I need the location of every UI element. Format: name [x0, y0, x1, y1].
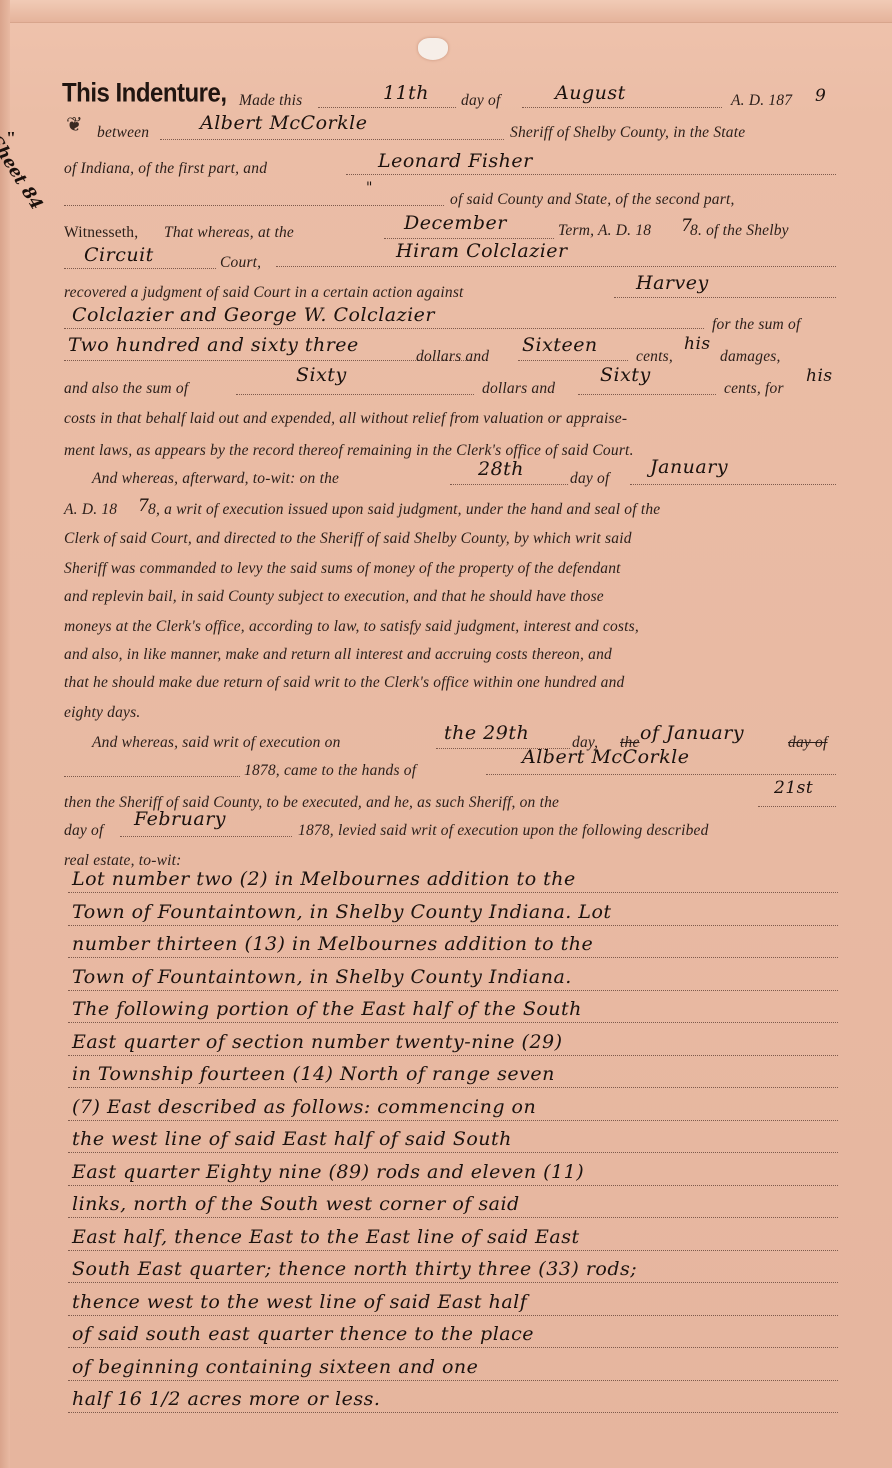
ruled-line [68, 1315, 838, 1316]
description-line: Town of Fountaintown, in Shelby County I… [72, 966, 572, 988]
printed-text: And whereas, said writ of execution on [92, 734, 341, 752]
blank-line [384, 238, 554, 239]
ruled-line [68, 1152, 838, 1153]
description-line: half 16 1/2 acres more or less. [72, 1388, 380, 1410]
printed-text: Made this [239, 92, 302, 110]
blank-line [486, 774, 836, 775]
description-line: of said south east quarter thence to the… [72, 1323, 534, 1345]
printed-text: and also, in like manner, make and retur… [64, 646, 612, 664]
ruled-line [68, 1087, 838, 1088]
handwritten-month: of January [640, 722, 744, 744]
blank-line [522, 107, 722, 108]
printed-text: That whereas, at the [164, 224, 294, 242]
description-line: The following portion of the East half o… [72, 998, 582, 1020]
document-title: This Indenture, [62, 79, 227, 110]
ruled-line [68, 1217, 838, 1218]
handwritten-day: the 29th [444, 722, 529, 744]
blank-line [518, 360, 628, 361]
ruled-line [68, 1022, 838, 1023]
ruled-line [68, 1120, 838, 1121]
printed-text: of Indiana, of the first part, and [64, 160, 267, 178]
handwritten-defendants: Colclazier and George W. Colclazier [72, 304, 435, 326]
printed-text: A. D. 187 [731, 92, 792, 110]
printed-text: Sheriff of Shelby County, in the State [510, 124, 745, 142]
handwritten-costs-cents: Sixty [600, 364, 651, 386]
paper-tear [418, 38, 448, 60]
blank-line [64, 328, 704, 329]
printed-text: eighty days. [64, 704, 140, 722]
handwritten-month: August [555, 82, 626, 104]
description-line: thence west to the west line of said Eas… [72, 1291, 527, 1313]
printed-text: day of [64, 822, 104, 840]
printed-text: Witnesseth, [64, 224, 138, 242]
description-line: in Township fourteen (14) North of range… [72, 1063, 555, 1085]
printed-text: recovered a judgment of said Court in a … [64, 284, 464, 302]
printed-text: cents, for [724, 380, 784, 398]
blank-line [614, 297, 836, 298]
page-edge [0, 0, 10, 1468]
blank-line [346, 174, 836, 175]
printed-text: costs in that behalf laid out and expend… [64, 410, 627, 428]
blank-line [758, 806, 836, 807]
description-line: Lot number two (2) in Melbournes additio… [72, 868, 576, 890]
blank-line [578, 394, 716, 395]
ornament-icon: ❦ [66, 112, 83, 137]
description-line: number thirteen (13) in Melbournes addit… [72, 933, 593, 955]
description-line: East quarter of section number twenty-ni… [72, 1031, 563, 1053]
handwritten-month: January [650, 456, 728, 478]
struck-text: day of [788, 734, 828, 752]
handwritten-costs-dollars: Sixty [296, 364, 347, 386]
printed-text: Sheriff was commanded to levy the said s… [64, 560, 621, 578]
description-line: East quarter Eighty nine (89) rods and e… [72, 1161, 584, 1183]
description-line: South East quarter; thence north thirty … [72, 1258, 637, 1280]
handwritten-month: February [134, 808, 226, 830]
printed-text: damages, [720, 348, 781, 366]
description-line: of beginning containing sixteen and one [72, 1356, 478, 1378]
printed-text: Clerk of said Court, and directed to the… [64, 530, 632, 548]
handwritten-ditto: " [366, 180, 373, 196]
document-page: " Sheet 84 This Indenture, ❦ Made this 1… [0, 0, 892, 1468]
printed-text: that he should make due return of said w… [64, 674, 625, 692]
handwritten-year-digit: 9 [815, 86, 826, 106]
top-fold [0, 0, 892, 23]
blank-line [450, 484, 568, 485]
printed-text: day of [461, 92, 501, 110]
description-line: the west line of said East half of said … [72, 1128, 512, 1150]
ruled-line [68, 990, 838, 991]
handwritten-plaintiff: Hiram Colclazier [396, 240, 568, 262]
ruled-line [68, 1250, 838, 1251]
printed-text: 8. of the Shelby [690, 222, 789, 240]
blank-line [64, 205, 444, 206]
ruled-line [68, 957, 838, 958]
printed-text: Term, A. D. 18 [558, 222, 651, 240]
description-line: Town of Fountaintown, in Shelby County I… [72, 901, 612, 923]
ruled-line [68, 1347, 838, 1348]
handwritten-amount-dollars: Two hundred and sixty three [68, 334, 359, 356]
blank-line [236, 394, 474, 395]
ruled-line [68, 1185, 838, 1186]
handwritten-sheriff-name: Albert McCorkle [522, 746, 689, 768]
printed-text: 8, a writ of execution issued upon said … [148, 501, 660, 519]
blank-line [64, 360, 476, 361]
printed-text: A. D. 18 [64, 501, 117, 519]
handwritten-defendant: Harvey [636, 272, 709, 294]
printed-text: for the sum of [712, 316, 800, 334]
handwritten-amount-cents: Sixteen [522, 334, 598, 356]
printed-text: dollars and [482, 380, 555, 398]
ruled-line [68, 1282, 838, 1283]
printed-text: between [97, 124, 149, 142]
description-line: East half, thence East to the East line … [72, 1226, 580, 1248]
blank-line [276, 266, 836, 267]
printed-text: dollars and [416, 348, 489, 366]
blank-line [64, 268, 216, 269]
printed-text: and also the sum of [64, 380, 188, 398]
ruled-line [68, 1055, 838, 1056]
printed-text: 1878, came to the hands of [244, 762, 416, 780]
printed-text: And whereas, afterward, to-wit: on the [92, 470, 339, 488]
ruled-line [68, 1412, 838, 1413]
printed-text: moneys at the Clerk's office, according … [64, 618, 639, 636]
printed-text: day of [570, 470, 610, 488]
handwritten-grantee: Leonard Fisher [378, 150, 533, 172]
handwritten-term: December [404, 212, 507, 234]
ruled-line [68, 1380, 838, 1381]
blank-line [630, 484, 836, 485]
handwritten-court: Circuit [84, 244, 154, 266]
printed-text: of said County and State, of the second … [450, 191, 735, 209]
ruled-line [68, 892, 838, 893]
printed-text: ment laws, as appears by the record ther… [64, 442, 634, 460]
ruled-line [68, 925, 838, 926]
handwritten-his: his [684, 334, 711, 354]
handwritten-his: his [806, 366, 833, 386]
handwritten-day: 21st [774, 778, 813, 798]
blank-line [120, 836, 292, 837]
blank-line [160, 139, 504, 140]
printed-text: 1878, levied said writ of execution upon… [298, 822, 709, 840]
handwritten-day: 28th [478, 458, 524, 480]
handwritten-sheriff-name: Albert McCorkle [200, 112, 367, 134]
printed-text: and replevin bail, in said County subjec… [64, 588, 604, 606]
blank-line [318, 107, 456, 108]
description-line: (7) East described as follows: commencin… [72, 1096, 536, 1118]
description-line: links, north of the South west corner of… [72, 1193, 520, 1215]
handwritten-day: 11th [383, 82, 429, 104]
printed-text: Court, [220, 254, 261, 272]
blank-line [64, 776, 240, 777]
